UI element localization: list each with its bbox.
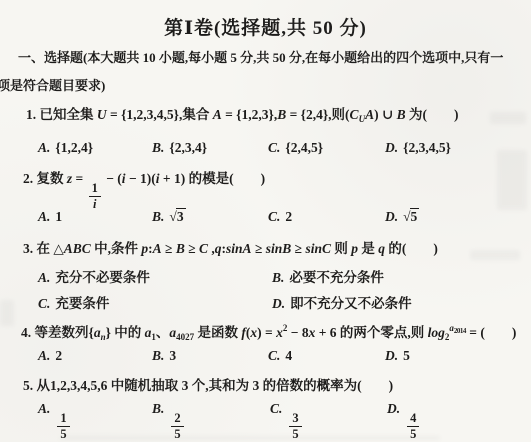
question-2-stem: 2. 复数 z = 1i − (i − 1)(i + 1) 的模是( ): [23, 170, 265, 211]
option-value: 1: [55, 209, 62, 224]
option-label: C.: [268, 140, 280, 155]
option-label: A.: [38, 140, 50, 155]
option-value: 充分不必要条件: [55, 270, 150, 285]
question-4-option-b: B.3: [152, 348, 176, 364]
question-3-option-c: C.充要条件: [38, 292, 109, 312]
question-2-option-b: B.√3: [152, 209, 186, 225]
option-value: 25: [169, 401, 185, 416]
option-value: 2: [285, 209, 292, 224]
option-value: {2,4,5}: [285, 140, 323, 155]
option-label: D.: [385, 209, 398, 224]
exam-paper-page: 第Ⅰ卷(选择题,共 50 分) 一、选择题(本大题共 10 小题,每小题 5 分…: [0, 0, 531, 442]
option-value: 5: [403, 348, 410, 363]
option-label: D.: [387, 401, 400, 416]
option-value: √3: [169, 209, 185, 224]
question-1-option-a: A.{1,2,4}: [38, 140, 93, 156]
option-value: 2: [55, 348, 62, 363]
question-3-option-b: B.必要不充分条件: [272, 266, 384, 286]
question-3-options-row1: A.充分不必要条件 B.必要不充分条件: [0, 266, 531, 288]
option-label: C.: [270, 401, 282, 416]
paper-title: 第Ⅰ卷(选择题,共 50 分): [0, 13, 531, 40]
option-value: 必要不充分条件: [289, 270, 384, 285]
option-label: D.: [272, 296, 285, 311]
question-5-options: A.15 B.25 C.35 D.45: [0, 401, 531, 437]
option-label: D.: [385, 348, 398, 363]
question-2-option-a: A.1: [38, 209, 62, 225]
option-value: 即不充分又不必条件: [290, 296, 412, 311]
question-1-option-d: D.{2,3,4,5}: [385, 140, 451, 156]
question-3-option-d: D.即不充分又不必条件: [272, 292, 412, 312]
option-value: 充要条件: [55, 296, 109, 311]
option-label: C.: [38, 296, 50, 311]
scan-artifact: [470, 250, 520, 260]
option-label: C.: [268, 209, 280, 224]
option-label: C.: [268, 348, 280, 363]
option-label: A.: [38, 401, 50, 416]
question-4-options: A.2 B.3 C.4 D.5: [0, 348, 531, 370]
option-value: {1,2,4}: [55, 140, 93, 155]
scan-artifact: [60, 436, 440, 440]
question-1-options: A.{1,2,4} B.{2,3,4} C.{2,4,5} D.{2,3,4,5…: [0, 140, 531, 162]
option-value: {2,3,4}: [169, 140, 207, 155]
question-5-stem: 5. 从1,2,3,4,5,6 中随机抽取 3 个,其和为 3 的倍数的概率为(…: [23, 377, 393, 395]
section-instructions-line1: 一、选择题(本大题共 10 小题,每小题 5 分,共 50 分,在每小题给出的四…: [18, 49, 529, 66]
question-3-stem: 3. 在 △ABC 中,条件 p:A ≥ B ≥ C ,q:sinA ≥ sin…: [23, 240, 438, 258]
option-label: A.: [38, 270, 50, 285]
option-label: B.: [152, 209, 164, 224]
scan-artifact: [497, 150, 527, 210]
option-label: B.: [152, 401, 164, 416]
option-value: {2,3,4,5}: [403, 140, 451, 155]
option-value: √5: [403, 209, 419, 224]
option-label: B.: [152, 348, 164, 363]
question-4-option-d: D.5: [385, 348, 410, 364]
question-4-stem: 4. 等差数列{an} 中的 a1、a4027 是函数 f(x) = x2 − …: [21, 319, 516, 346]
question-2-options: A.1 B.√3 C.2 D.√5: [0, 209, 531, 231]
option-value: 45: [405, 401, 421, 416]
option-value: 35: [287, 401, 303, 416]
question-1-stem: 1. 已知全集 U = {1,2,3,4,5},集合 A = {1,2,3},B…: [26, 106, 459, 128]
option-label: B.: [272, 270, 284, 285]
option-label: B.: [152, 140, 164, 155]
option-value: 15: [55, 401, 71, 416]
scan-artifact: [490, 112, 526, 124]
option-label: A.: [38, 209, 50, 224]
question-4-option-a: A.2: [38, 348, 62, 364]
option-value: 3: [169, 348, 176, 363]
question-3-option-a: A.充分不必要条件: [38, 266, 150, 286]
question-1-option-b: B.{2,3,4}: [152, 140, 207, 156]
option-value: 4: [285, 348, 292, 363]
question-2-option-c: C.2: [268, 209, 292, 225]
question-3-options-row2: C.充要条件 D.即不充分又不必条件: [0, 292, 531, 314]
section-instructions-line2: 项是符合题目要求): [0, 77, 105, 94]
question-4-option-c: C.4: [268, 348, 292, 364]
question-2-option-d: D.√5: [385, 209, 419, 225]
option-label: D.: [385, 140, 398, 155]
scan-artifact: [0, 300, 14, 326]
question-1-option-c: C.{2,4,5}: [268, 140, 323, 156]
option-label: A.: [38, 348, 50, 363]
